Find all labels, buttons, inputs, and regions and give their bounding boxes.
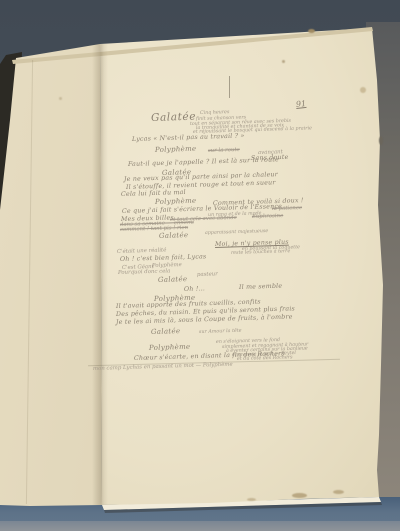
book-gutter-shadow <box>92 44 108 505</box>
stain <box>247 498 256 501</box>
crossed-out-text: la patience <box>272 206 302 212</box>
scratch-mark <box>229 76 230 98</box>
manuscript-line: pasteur <box>197 272 218 278</box>
manuscript-line: Oh !… <box>184 286 205 293</box>
character-name-galatee: Galatée <box>159 232 189 240</box>
photo-scene: 91 Cinq heures Galatée finit sa chanson … <box>0 0 400 531</box>
character-name-polypheme: Polyphème <box>149 344 191 352</box>
character-name-polypheme: Polyphème <box>155 146 197 154</box>
stain <box>360 87 366 93</box>
stain <box>292 493 307 498</box>
character-name-galatee: Galatée <box>158 276 188 284</box>
stain <box>308 29 315 33</box>
crossed-out-text: sur la route <box>208 148 240 154</box>
stain <box>333 490 344 494</box>
stain <box>379 136 383 145</box>
character-name-galatee: Galatée <box>151 328 181 336</box>
stain <box>282 60 285 63</box>
character-name-polypheme: Polyphème <box>155 198 197 206</box>
stain <box>59 97 62 100</box>
desk-front-edge <box>0 521 400 531</box>
crossed-out-text: Euphrosine <box>252 214 283 220</box>
page-number: 91 <box>296 100 307 109</box>
